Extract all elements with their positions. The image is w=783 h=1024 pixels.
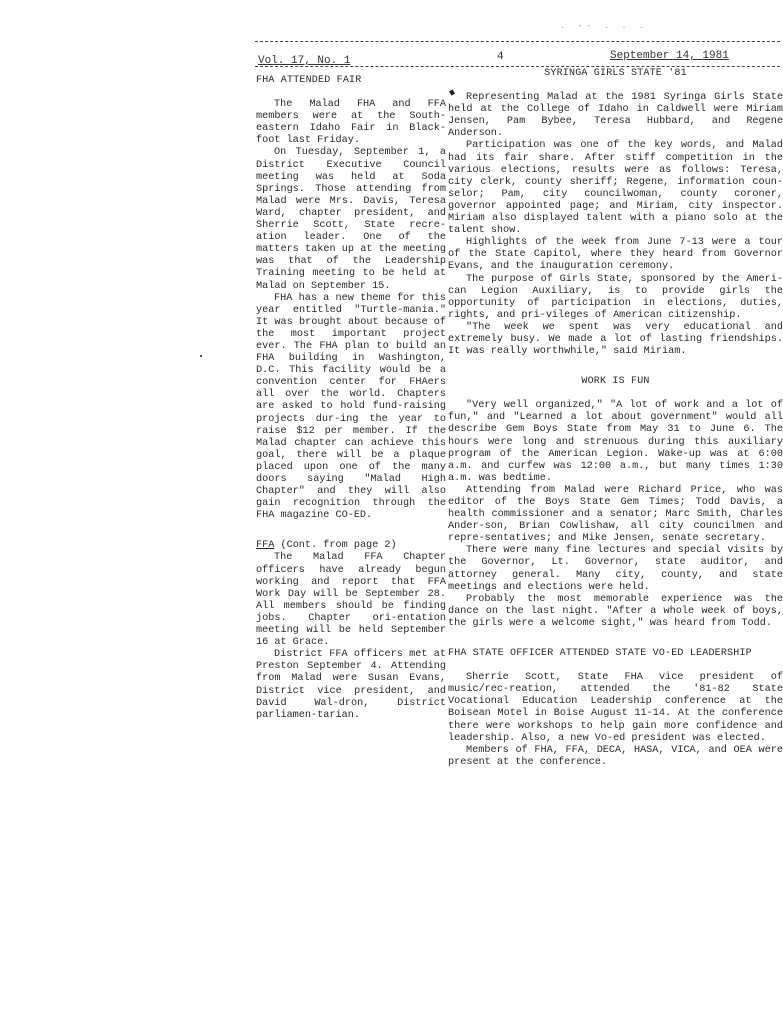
article-paragraph: Members of FHA, FFA, DECA, HASA, VICA, a… [448,745,783,769]
article-headline: FHA ATTENDED FAIR [256,75,446,87]
article-paragraph: "The week we spent was very educational … [448,322,783,358]
article-fha-attended-fair: The Malad FHA and FFA members were at th… [256,99,446,522]
article-paragraph: "Very well organized," "A lot of work an… [448,400,783,485]
left-column: FHA ATTENDED FAIR The Malad FHA and FFA … [256,75,446,722]
article-paragraph: Attending from Malad were Richard Price,… [448,485,783,545]
article-fha-state-officer: FHA STATE OFFICER ATTENDED STATE VO-ED L… [448,648,783,769]
right-column: SYRINGA GIRLS STATE '81 Representing Mal… [448,68,783,769]
article-paragraph: Highlights of the week from June 7-13 we… [448,237,783,273]
article-paragraph: On Tuesday, September 1, a District Exec… [256,147,446,292]
issue-date: September 14, 1981 [610,50,729,62]
article-paragraph: Probably the most memorable experience w… [448,594,783,630]
article-paragraph: FHA has a new theme for this year entitl… [256,293,446,523]
article-headline: SYRINGA GIRLS STATE '81 [448,68,783,80]
article-work-is-fun: WORK IS FUN "Very well organized," "A lo… [448,376,783,630]
continuation-label: FFA [256,540,274,551]
volume-number: Vol. 17, No. 1 [258,55,350,67]
top-dashed-rule [255,41,780,42]
page-number: 4 [497,51,504,63]
article-paragraph: The Malad FHA and FFA members were at th… [256,99,446,147]
scan-specks: . -- . . . [560,22,648,31]
article-paragraph: The purpose of Girls State, sponsored by… [448,274,783,322]
article-ffa-continued: FFA (Cont. from page 2) The Malad FFA Ch… [256,540,446,721]
article-paragraph: Participation was one of the key words, … [448,140,783,237]
continuation-note: (Cont. from page 2) [280,540,396,551]
continuation-header: FFA (Cont. from page 2) [256,540,446,552]
newsletter-page: . -- . . . Vol. 17, No. 1 4 September 14… [0,0,783,1024]
article-paragraph: Sherrie Scott, State FHA vice president … [448,672,783,745]
article-headline: FHA STATE OFFICER ATTENDED STATE VO-ED L… [448,648,783,660]
scan-speck [200,355,202,357]
article-paragraph: The Malad FFA Chapter officers have alre… [256,552,446,649]
article-paragraph: Representing Malad at the 1981 Syringa G… [448,92,783,140]
article-paragraph: There were many fine lectures and specia… [448,545,783,593]
article-syringa-girls-state: SYRINGA GIRLS STATE '81 Representing Mal… [448,68,783,358]
article-paragraph: District FFA officers met at Preston Sep… [256,649,446,722]
article-headline: WORK IS FUN [448,376,783,388]
